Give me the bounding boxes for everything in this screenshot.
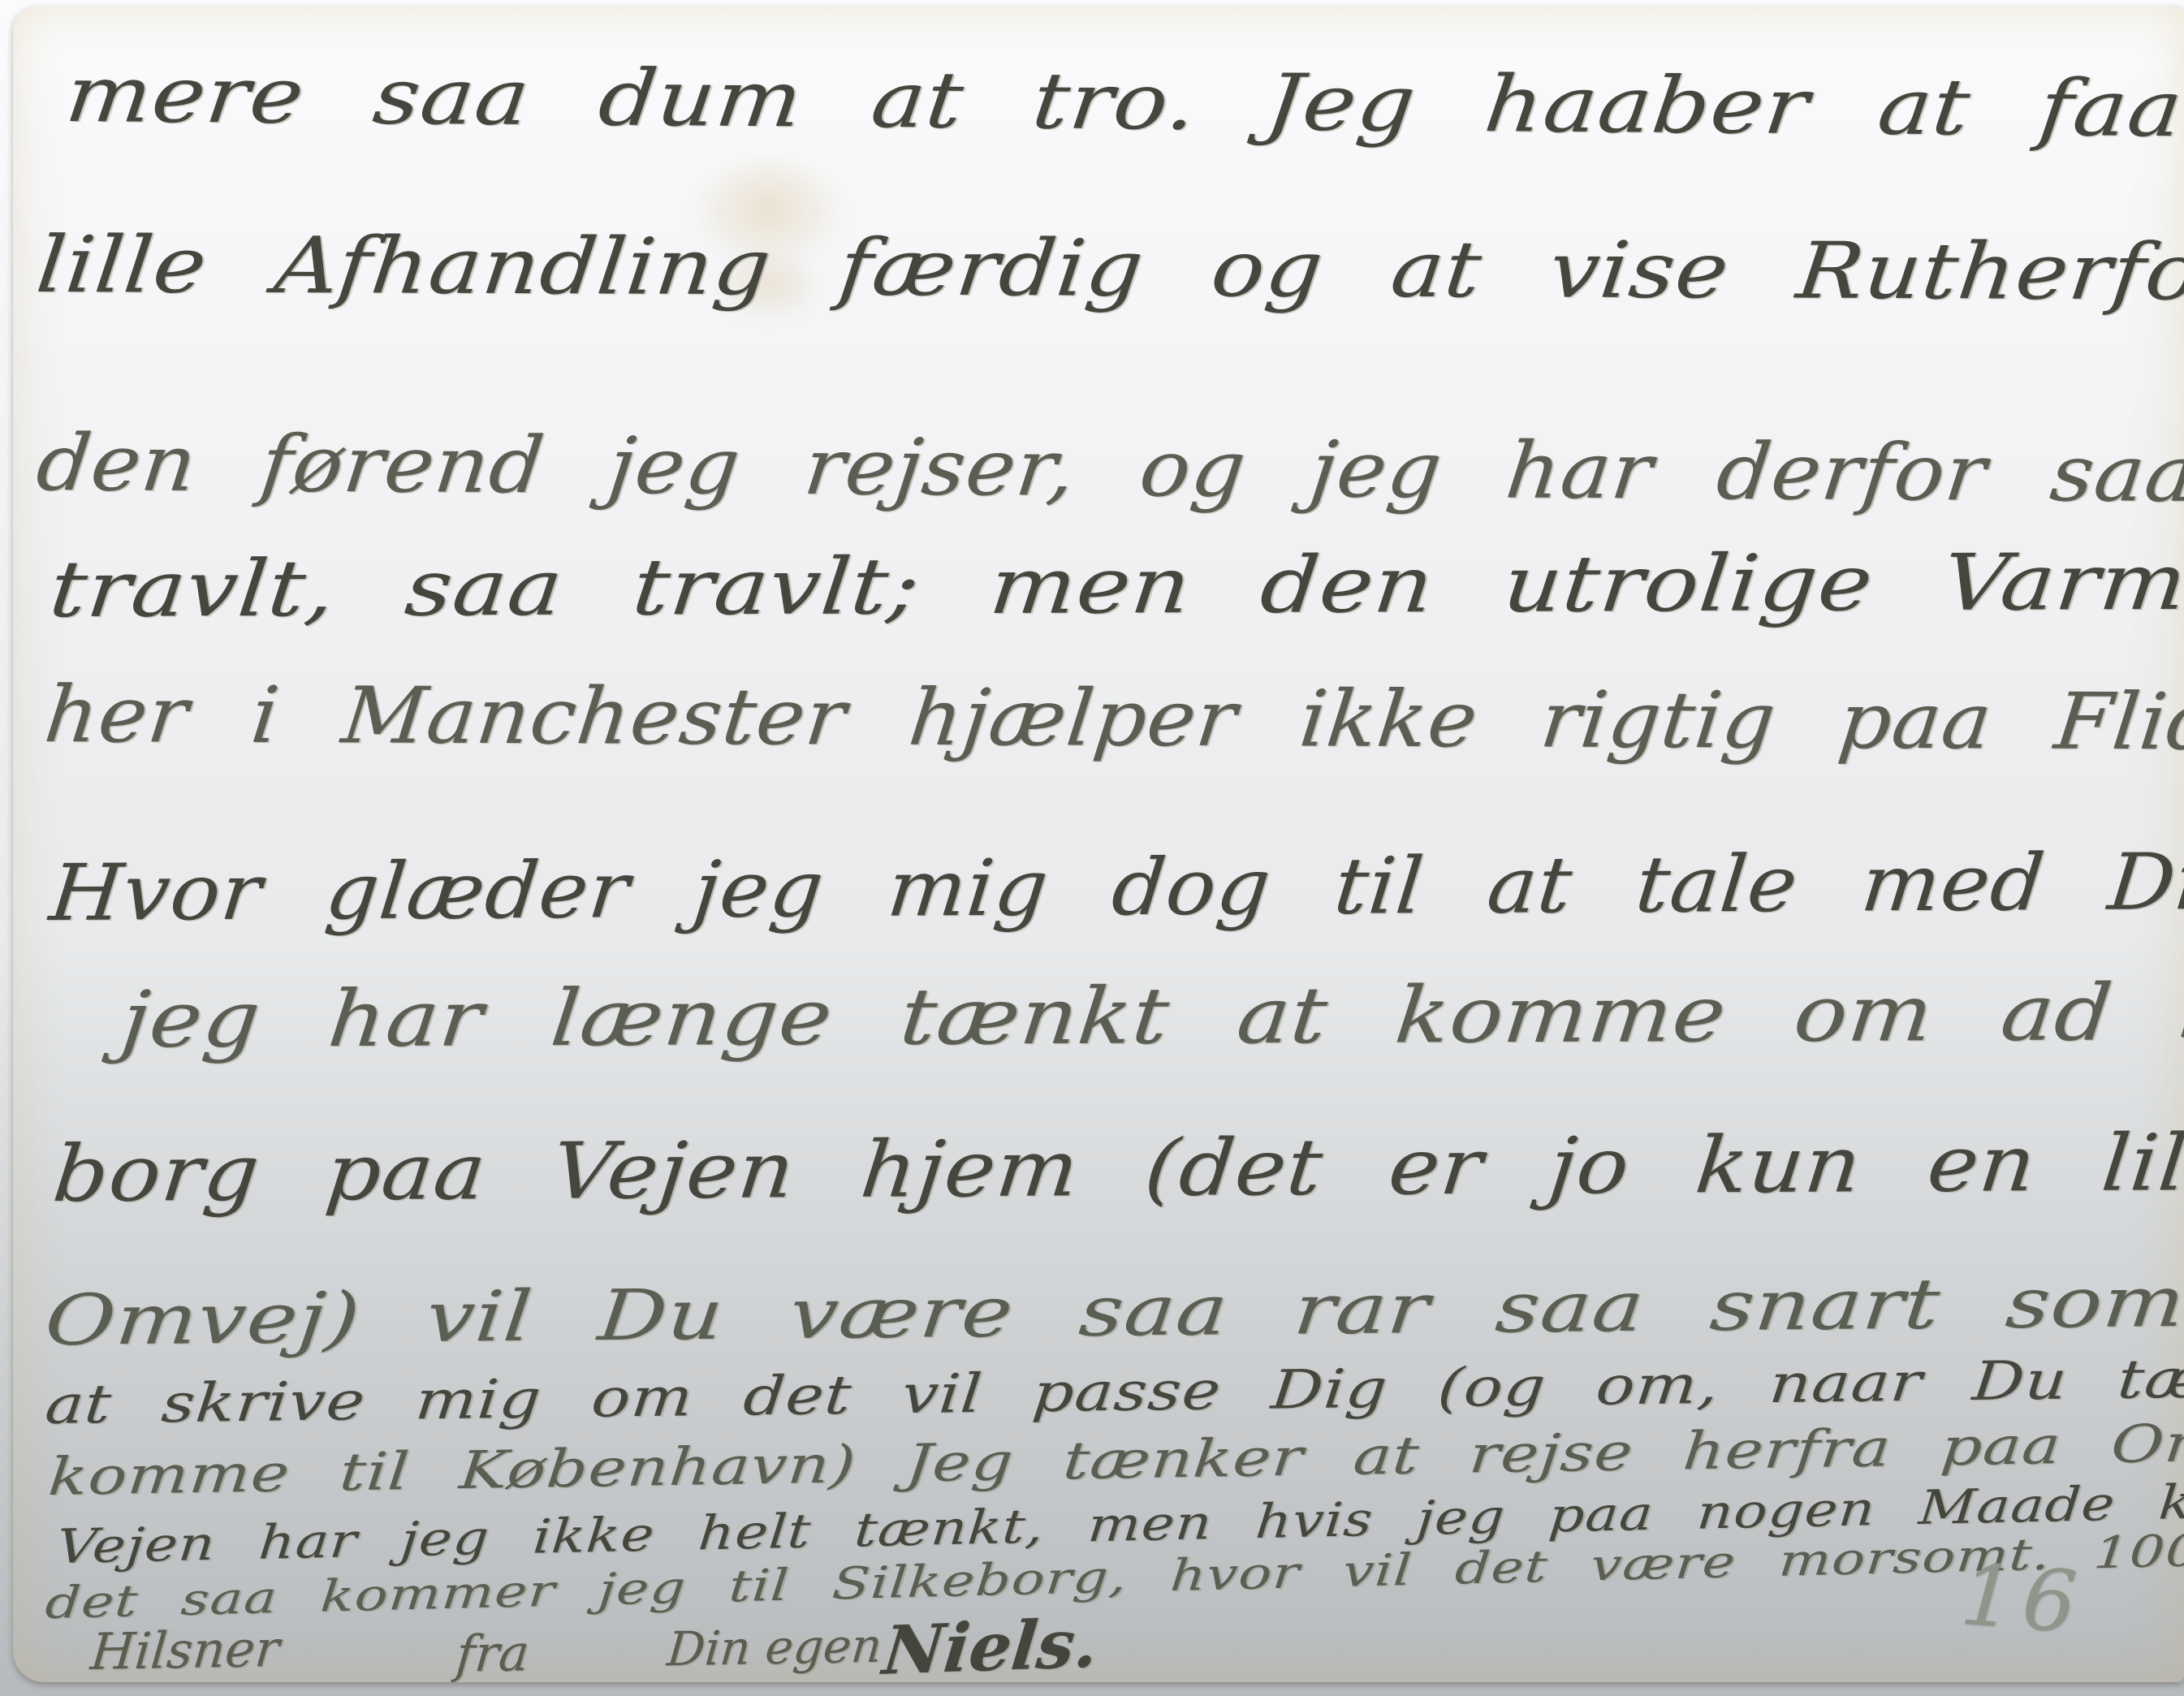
page-number-pencil: 16 bbox=[1957, 1545, 2087, 1652]
handwritten-line-1: mere saa dum at tro. Jeg haaber at faa e… bbox=[63, 55, 2184, 149]
handwritten-line-4: travlt, saa travlt; men den utrolige Var… bbox=[46, 543, 2184, 628]
signature-niels: Niels. bbox=[880, 1610, 1102, 1685]
closing-word-din-egen: Din egen bbox=[665, 1622, 883, 1673]
closing-word-fra: fra bbox=[454, 1628, 531, 1680]
handwritten-line-5: her i Manchester hjælper ikke rigtig paa… bbox=[41, 675, 2184, 762]
closing-word-hilsner: Hilsner bbox=[88, 1624, 281, 1677]
handwritten-line-3: den førend jeg rejser, og jeg har derfor… bbox=[33, 424, 2184, 513]
handwritten-line-8: borg paa Vejen hjem (det er jo kun en li… bbox=[50, 1124, 2184, 1213]
handwritten-line-9: Omvej) vil Du være saa rar saa snart som… bbox=[42, 1265, 2184, 1356]
handwritten-line-2: lille Afhandling færdig og at vise Ruthe… bbox=[33, 226, 2184, 312]
handwritten-line-7: jeg har længe tænkt at komme om ad Silke… bbox=[118, 973, 2184, 1059]
handwritten-line-6: Hvor glæder jeg mig dog til at tale med … bbox=[46, 843, 2184, 932]
scanned-letter-page: mere saa dum at tro. Jeg haaber at faa e… bbox=[0, 0, 2184, 1696]
